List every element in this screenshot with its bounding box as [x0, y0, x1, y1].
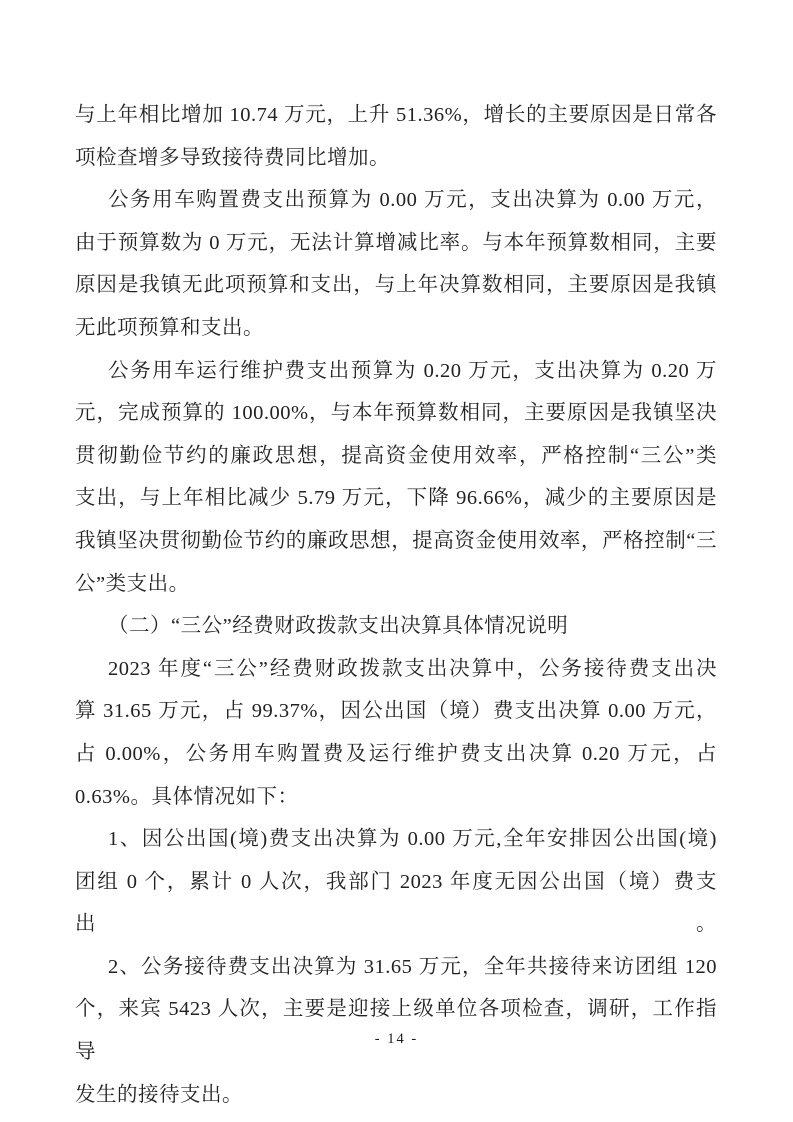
- text-line: 0.63%。具体情况如下：: [75, 776, 717, 819]
- text-line: 我镇坚决贯彻勤俭节约的廉政思想，提高资金使用效率，严格控制“三: [75, 520, 717, 563]
- text-line: 元，完成预算的 100.00%，与本年预算数相同，主要原因是我镇坚决: [75, 392, 717, 435]
- text-line: 由于预算数为 0 万元，无法计算增减比率。与本年预算数相同，主要: [75, 222, 717, 265]
- document-page: 与上年相比增加 10.74 万元，上升 51.36%，增长的主要原因是日常各 项…: [0, 0, 793, 1122]
- text-line: 占 0.00%，公务用车购置费及运行维护费支出决算 0.20 万元，占: [75, 733, 717, 776]
- text-line: 项检查增多导致接待费同比增加。: [75, 137, 717, 180]
- text-line: 支出，与上年相比减少 5.79 万元，下降 96.66%，减少的主要原因是: [75, 477, 717, 520]
- text-line: 团组 0 个，累计 0 人次，我部门 2023 年度无因公出国（境）费支出。: [75, 861, 717, 946]
- text-line: 原因是我镇无此项预算和支出，与上年决算数相同，主要原因是我镇: [75, 264, 717, 307]
- text-line: 与上年相比增加 10.74 万元，上升 51.36%，增长的主要原因是日常各: [75, 94, 717, 137]
- text-line: 无此项预算和支出。: [75, 307, 717, 350]
- text-line: 公务用车运行维护费支出预算为 0.20 万元，支出决算为 0.20 万: [75, 350, 717, 393]
- text-line: 1、因公出国(境)费支出决算为 0.00 万元,全年安排因公出国(境): [75, 818, 717, 861]
- page-number: - 14 -: [0, 1028, 793, 1050]
- section-heading: （二）“三公”经费财政拨款支出决算具体情况说明: [75, 605, 717, 648]
- text-line: 公务用车购置费支出预算为 0.00 万元，支出决算为 0.00 万元，: [75, 179, 717, 222]
- text-line: 算 31.65 万元，占 99.37%，因公出国（境）费支出决算 0.00 万元…: [75, 690, 717, 733]
- document-body: 与上年相比增加 10.74 万元，上升 51.36%，增长的主要原因是日常各 项…: [75, 94, 717, 1116]
- text-line: 公”类支出。: [75, 563, 717, 606]
- text-line: 2、公务接待费支出决算为 31.65 万元，全年共接待来访团组 120: [75, 946, 717, 989]
- text-line: 发生的接待支出。: [75, 1074, 717, 1117]
- text-line: 2023 年度“三公”经费财政拨款支出决算中，公务接待费支出决: [75, 648, 717, 691]
- text-line: 贯彻勤俭节约的廉政思想，提高资金使用效率，严格控制“三公”类: [75, 435, 717, 478]
